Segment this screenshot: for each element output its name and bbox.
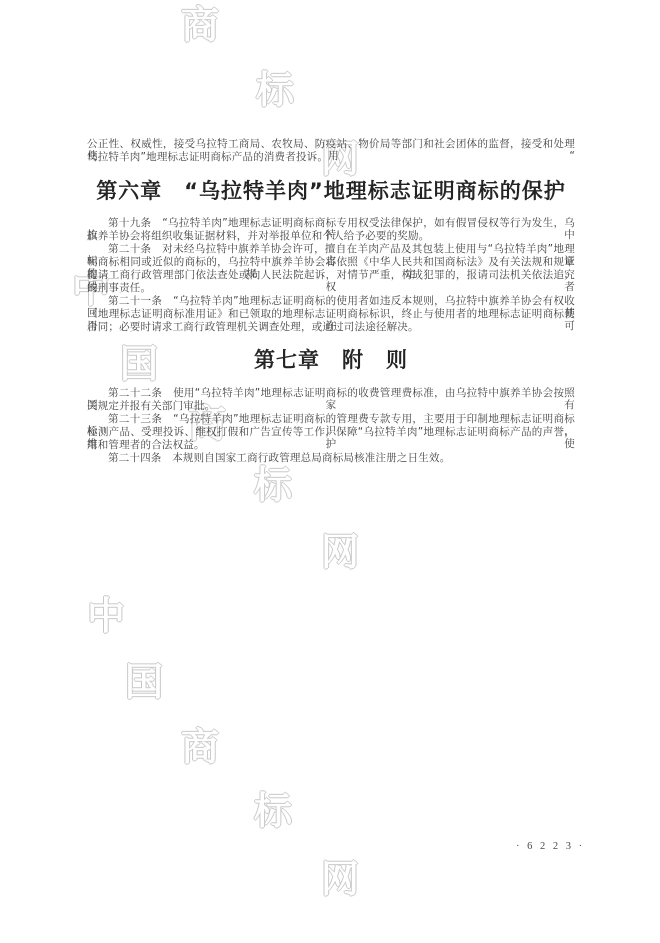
article-21-line: 合同；必要时请求工商行政管理机关调查处理，或通过司法途径解决。: [87, 322, 575, 334]
article-22-line: 关规定并报有关部门审批。: [87, 401, 575, 413]
article-23-line: 用和管理者的合法权益。: [87, 440, 575, 452]
chapter-6-heading: 第六章 “乌拉特羊肉”地理标志证明商标的保护: [87, 179, 575, 203]
article-20-line: 的刑事责任。: [87, 283, 575, 295]
article-24-line: 第二十四条 本规则自国家工商行政管理总局商标局核准注册之日生效。: [87, 453, 575, 465]
intro-line: 乌拉特羊肉”地理标志证明商标产品的消费者投诉。: [87, 152, 575, 164]
page-number: · 6 2 2 3 ·: [516, 841, 606, 852]
document-text: 公正性、权威性，接受乌拉特工商局、农牧局、防疫站、物价局等部门和社会团体的监督，…: [0, 0, 660, 943]
chapter-7-heading: 第七章 附 则: [87, 348, 575, 372]
article-19-line: 旗养羊协会将组织收集证据材料，并对举报单位和个人给予必要的奖励。: [87, 231, 575, 243]
scanned-document-page: 商标网中国商标网中国商标网 公正性、权威性，接受乌拉特工商局、农牧局、防疫站、物…: [0, 0, 660, 943]
